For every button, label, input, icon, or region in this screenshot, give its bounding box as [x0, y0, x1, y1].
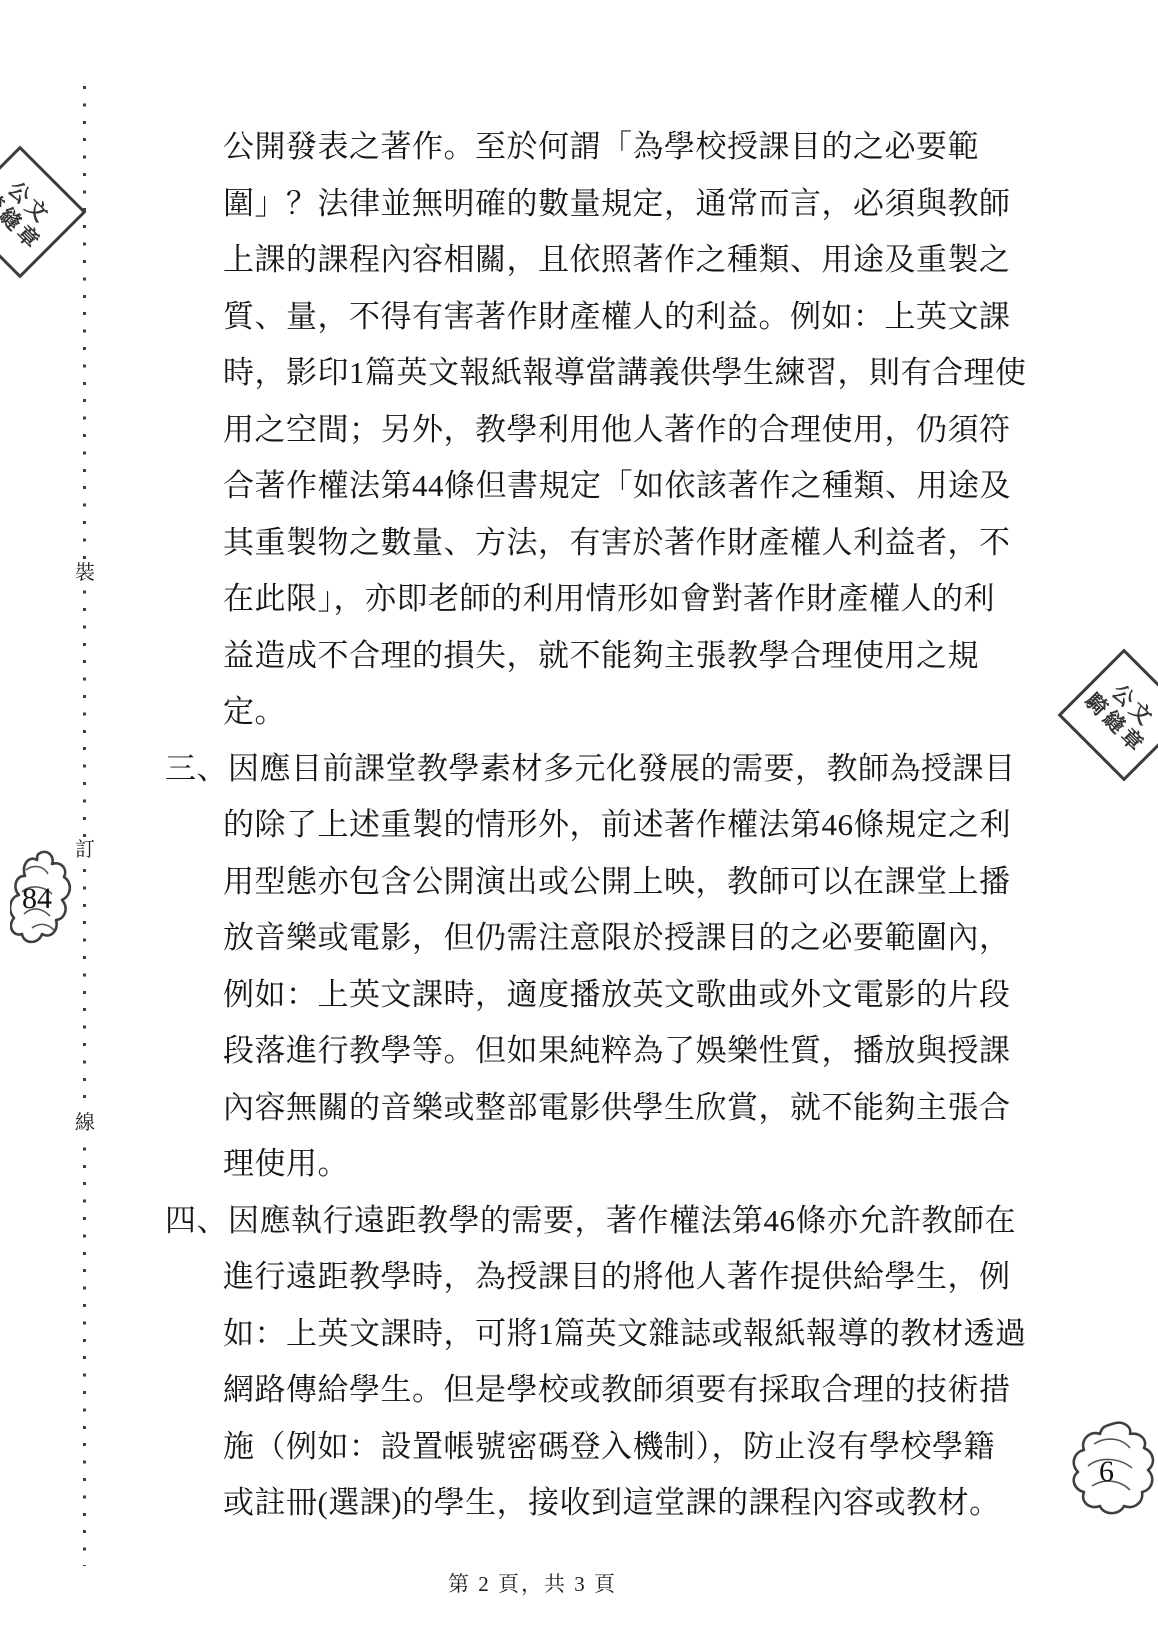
text-line: 內容無關的音樂或整部電影供學生欣賞，就不能夠主張合	[0, 1080, 1158, 1137]
text-line: 益造成不合理的損失，就不能夠主張教學合理使用之規	[0, 628, 1158, 685]
text-line: 例如：上英文課時，適度播放英文歌曲或外文電影的片段	[0, 967, 1158, 1024]
text-line: 或註冊(選課)的學生，接收到這堂課的課程內容或教材。	[0, 1475, 1158, 1532]
text-line: 上課的課程內容相關，且依照著作之種類、用途及重製之	[0, 232, 1158, 289]
text-line: 用之空間；另外，教學利用他人著作的合理使用，仍須符	[0, 402, 1158, 459]
text-line: 段落進行教學等。但如果純粹為了娛樂性質，播放與授課	[0, 1023, 1158, 1080]
text-line: 進行遠距教學時，為授課目的將他人著作提供給學生，例	[0, 1249, 1158, 1306]
section-marker: 三、	[165, 751, 228, 786]
text-line-section-3: 三、因應目前課堂教學素材多元化發展的需要，教師為授課目	[0, 741, 1158, 798]
section-marker: 四、	[165, 1203, 228, 1238]
text-line: 其重製物之數量、方法，有害於著作財產權人利益者，不	[0, 515, 1158, 572]
text-line: 理使用。	[0, 1136, 1158, 1193]
text-line: 定。	[0, 684, 1158, 741]
text-line: 放音樂或電影，但仍需注意限於授課目的之必要範圍內，	[0, 910, 1158, 967]
text-line: 公開發表之著作。至於何謂「為學校授課目的之必要範	[0, 119, 1158, 176]
text-line: 時，影印1篇英文報紙報導當講義供學生練習，則有合理使	[0, 345, 1158, 402]
document-body: 公開發表之著作。至於何謂「為學校授課目的之必要範 圍」？法律並無明確的數量規定，…	[0, 119, 1158, 1532]
text-line: 在此限」，亦即老師的利用情形如會對著作財產權人的利	[0, 571, 1158, 628]
text-line: 如：上英文課時，可將1篇英文雜誌或報紙報導的教材透過	[0, 1306, 1158, 1363]
text-line-section-4: 四、因應執行遠距教學的需要，著作權法第46條亦允許教師在	[0, 1193, 1158, 1250]
page-footer: 第 2 頁，共 3 頁	[448, 1568, 617, 1598]
text-line: 用型態亦包含公開演出或公開上映，教師可以在課堂上播	[0, 854, 1158, 911]
text-line: 的除了上述重製的情形外，前述著作權法第46條規定之利	[0, 797, 1158, 854]
text-line: 圍」？法律並無明確的數量規定，通常而言，必須與教師	[0, 176, 1158, 233]
text-line: 施（例如：設置帳號密碼登入機制），防止沒有學校學籍	[0, 1419, 1158, 1476]
text-line: 質、量，不得有害著作財產權人的利益。例如：上英文課	[0, 289, 1158, 346]
text-line: 合著作權法第44條但書規定「如依該著作之種類、用途及	[0, 458, 1158, 515]
text-line: 網路傳給學生。但是學校或教師須要有採取合理的技術措	[0, 1362, 1158, 1419]
